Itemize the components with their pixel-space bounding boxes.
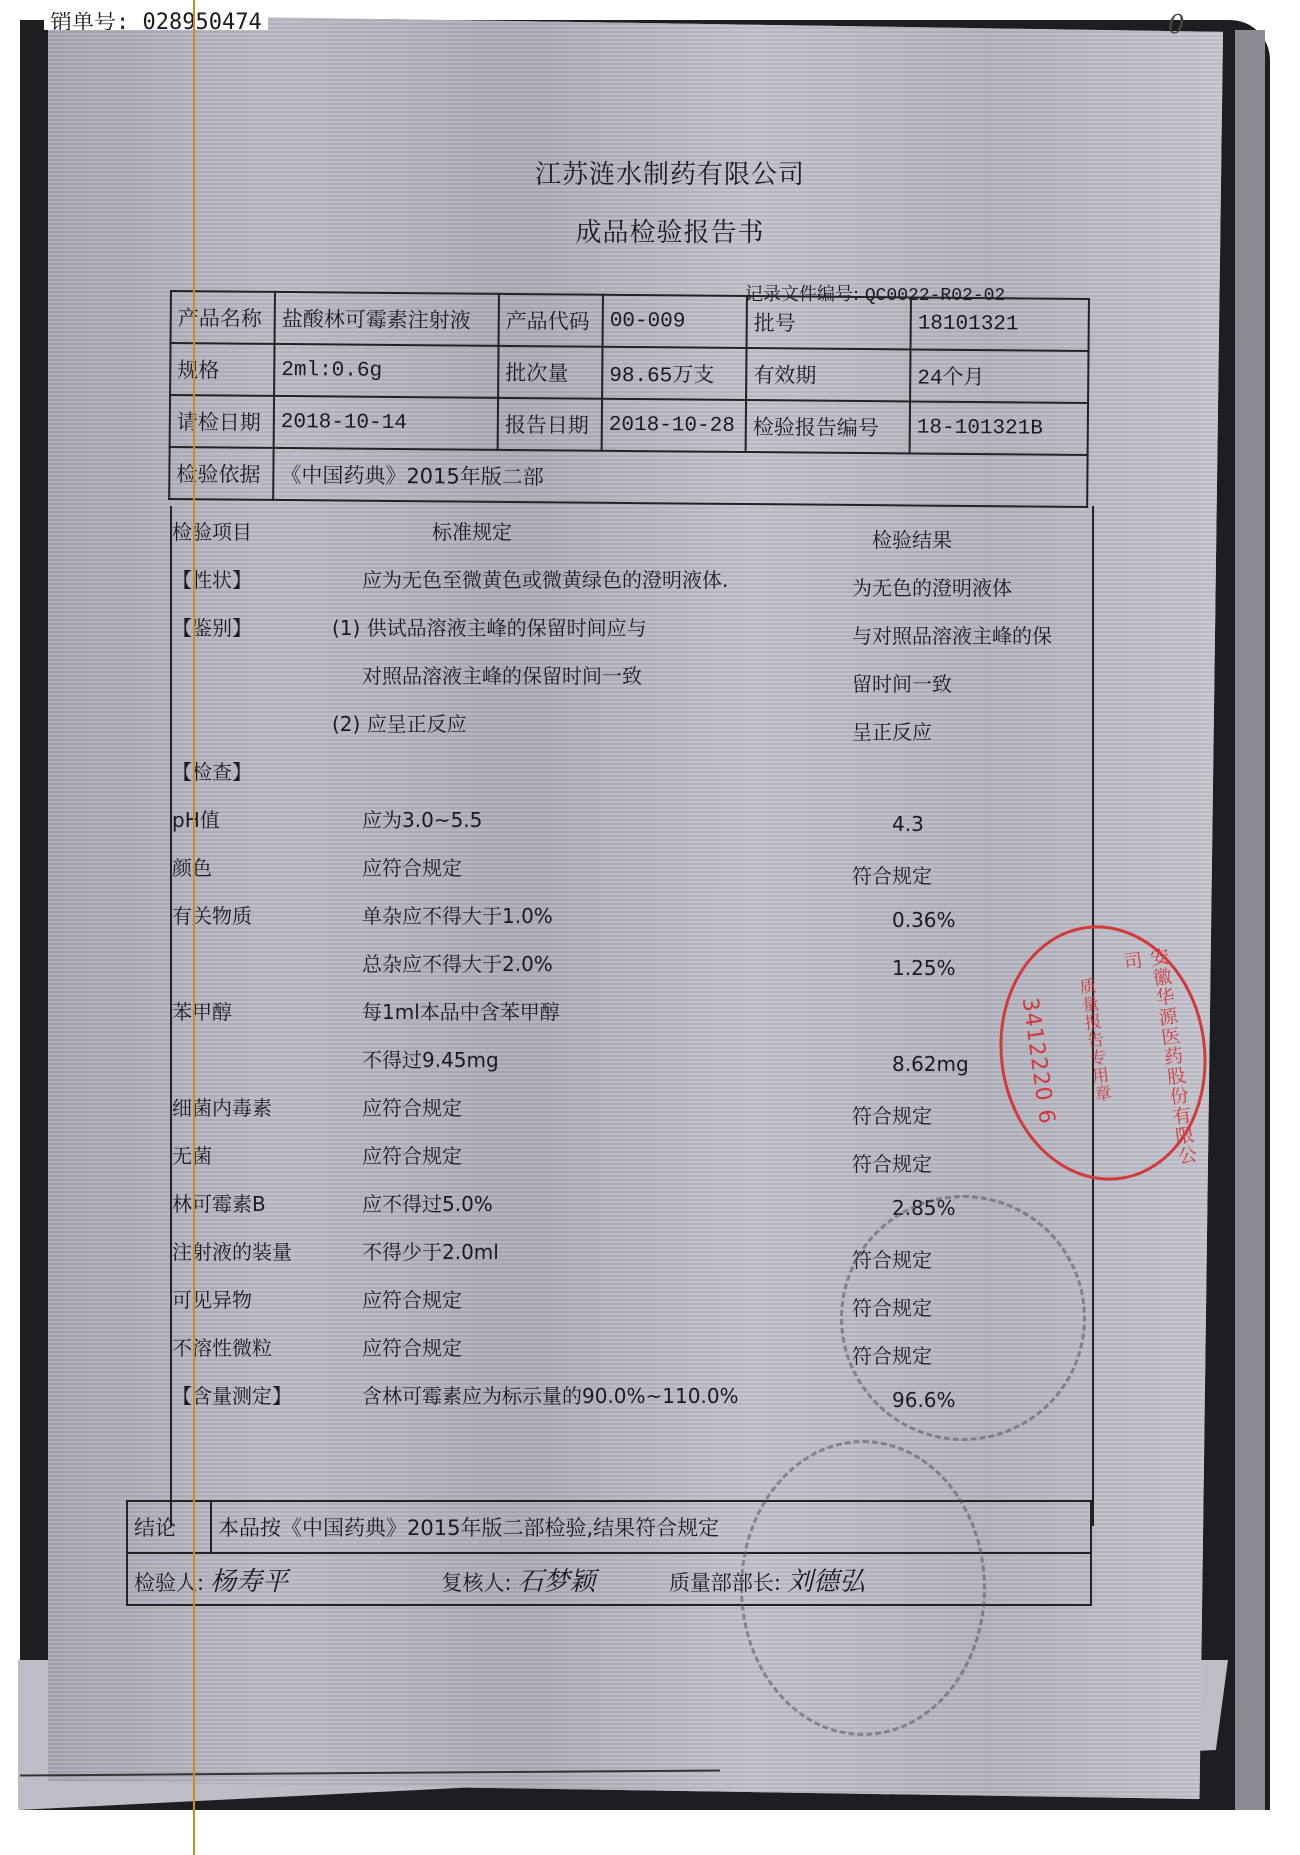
test-result: 留时间一致: [852, 668, 1082, 697]
test-standard: 应符合规定: [362, 1092, 882, 1121]
scan-marker-line: [193, 0, 195, 1855]
test-standard: 不得少于2.0ml: [362, 1236, 882, 1265]
test-result: 4.3: [892, 812, 1122, 836]
test-standard: (2) 应呈正反应: [332, 708, 852, 737]
request-date-value: 2018-10-14: [274, 396, 498, 450]
basis-label: 检验依据: [169, 447, 273, 500]
company-name: 江苏涟水制药有限公司: [0, 154, 1300, 191]
stamp-code-text: 3412220 6: [1017, 996, 1060, 1126]
product-code-label: 产品代码: [499, 294, 603, 347]
test-standard: 单杂应不得大于1.0%: [362, 900, 882, 929]
batch-qty-value: 98.65万支: [602, 347, 746, 400]
test-standard: (1) 供试品溶液主峰的保留时间应与: [332, 612, 852, 641]
test-row: 【鉴别】(1) 供试品溶液主峰的保留时间应与与对照品溶液主峰的保: [172, 612, 1090, 660]
batch-no-label: 批号: [747, 296, 911, 349]
test-standard: 含林可霉素应为标示量的90.0%~110.0%: [362, 1380, 882, 1409]
test-standard: 应不得过5.0%: [362, 1188, 882, 1217]
document-title: 成品检验报告书: [0, 212, 1300, 249]
test-row: 无菌应符合规定符合规定: [172, 1140, 1090, 1188]
test-row: pH值应为3.0~5.54.3: [172, 804, 1090, 852]
serial-number-label: 销单号: 028950474: [44, 12, 268, 30]
info-row: 产品名称 盐酸林可霉素注射液 产品代码 00-009 批号 18101321: [171, 291, 1089, 351]
test-item: 可见异物: [172, 1284, 362, 1313]
product-name-label: 产品名称: [171, 291, 275, 344]
test-standard: 应符合规定: [362, 1332, 882, 1361]
report-no-label: 检验报告编号: [746, 400, 910, 453]
test-item: 苯甲醇: [172, 996, 362, 1025]
test-standard: 应符合规定: [362, 1284, 882, 1313]
test-item: 注射液的装量: [172, 1236, 362, 1265]
validity-label: 有效期: [746, 348, 910, 401]
product-info-table: 产品名称 盐酸林可霉素注射液 产品代码 00-009 批号 18101321 规…: [168, 290, 1090, 508]
test-item: 不溶性微粒: [172, 1332, 362, 1361]
column-header-result: 检验结果: [872, 524, 1102, 553]
test-item: 无菌: [172, 1140, 362, 1169]
spec-label: 规格: [170, 343, 274, 396]
test-item: 有关物质: [172, 900, 362, 929]
test-standard: 总杂应不得大于2.0%: [362, 948, 882, 977]
test-standard: 应符合规定: [362, 1140, 882, 1169]
batch-qty-label: 批次量: [498, 346, 602, 399]
handwritten-mark: 0: [1168, 10, 1185, 40]
reviewer-label: 复核人:: [441, 1571, 511, 1595]
spec-value: 2ml:0.6g: [274, 344, 498, 398]
test-result: 符合规定: [852, 860, 1082, 889]
test-item: 林可霉素B: [172, 1188, 362, 1217]
product-code-value: 00-009: [603, 295, 747, 348]
test-row: 有关物质单杂应不得大于1.0%0.36%: [172, 900, 1090, 948]
test-standard: 应为3.0~5.5: [362, 804, 882, 833]
test-row: 对照品溶液主峰的保留时间一致留时间一致: [172, 660, 1090, 708]
manufacturer-stamp-faded: [840, 1195, 1086, 1441]
test-row: 细菌内毒素应符合规定符合规定: [172, 1092, 1090, 1140]
test-standard: 不得过9.45mg: [362, 1044, 882, 1073]
manufacturer-stamp: [740, 1440, 986, 1736]
test-item: pH值: [172, 804, 362, 833]
inspector-signature: 杨寿平: [210, 1567, 288, 1597]
test-row: 【性状】应为无色至微黄色或微黄绿色的澄明液体.为无色的澄明液体: [172, 564, 1090, 612]
test-item: 【检查】: [172, 756, 362, 785]
test-standard: 对照品溶液主峰的保留时间一致: [362, 660, 882, 689]
test-item: 【含量测定】: [172, 1380, 362, 1409]
info-row: 规格 2ml:0.6g 批次量 98.65万支 有效期 24个月: [170, 343, 1088, 403]
report-no-value: 18-101321B: [910, 401, 1088, 455]
test-standard: 每1ml本品中含苯甲醇: [362, 996, 882, 1025]
test-row: (2) 应呈正反应呈正反应: [172, 708, 1090, 756]
test-item: 颜色: [172, 852, 362, 881]
test-header-row: 检验项目 标准规定 检验结果: [172, 516, 1090, 564]
test-item: 【性状】: [172, 564, 362, 593]
info-row: 检验依据 《中国药典》2015年版二部: [169, 447, 1087, 507]
batch-no-value: 18101321: [911, 297, 1089, 351]
test-result: 与对照品溶液主峰的保: [852, 620, 1082, 649]
test-row: 【检查】: [172, 756, 1090, 804]
reviewer-signature: 石梦颖: [518, 1567, 596, 1597]
test-standard: 应符合规定: [362, 852, 882, 881]
test-result: 为无色的澄明液体: [852, 572, 1082, 601]
test-result: 呈正反应: [852, 716, 1082, 745]
report-date-label: 报告日期: [498, 398, 602, 451]
report-date-value: 2018-10-28: [602, 399, 746, 452]
page-stack-edge: [1235, 30, 1265, 1810]
stamp-purpose-text: 质量报告专用章: [1072, 976, 1114, 1104]
product-name-value: 盐酸林可霉素注射液: [275, 292, 499, 346]
test-standard: 应为无色至微黄色或微黄绿色的澄明液体.: [362, 564, 882, 593]
info-row: 请检日期 2018-10-14 报告日期 2018-10-28 检验报告编号 1…: [170, 395, 1088, 455]
test-row: 总杂应不得大于2.0%1.25%: [172, 948, 1090, 996]
test-row: 颜色应符合规定符合规定: [172, 852, 1090, 900]
validity-value: 24个月: [910, 349, 1088, 403]
test-row: 苯甲醇每1ml本品中含苯甲醇: [172, 996, 1090, 1044]
test-row: 不得过9.45mg8.62mg: [172, 1044, 1090, 1092]
basis-value: 《中国药典》2015年版二部: [273, 448, 1087, 507]
conclusion-label: 结论: [127, 1501, 211, 1553]
test-item: 细菌内毒素: [172, 1092, 362, 1121]
request-date-label: 请检日期: [170, 395, 274, 448]
column-header-item: 检验项目: [172, 516, 362, 545]
